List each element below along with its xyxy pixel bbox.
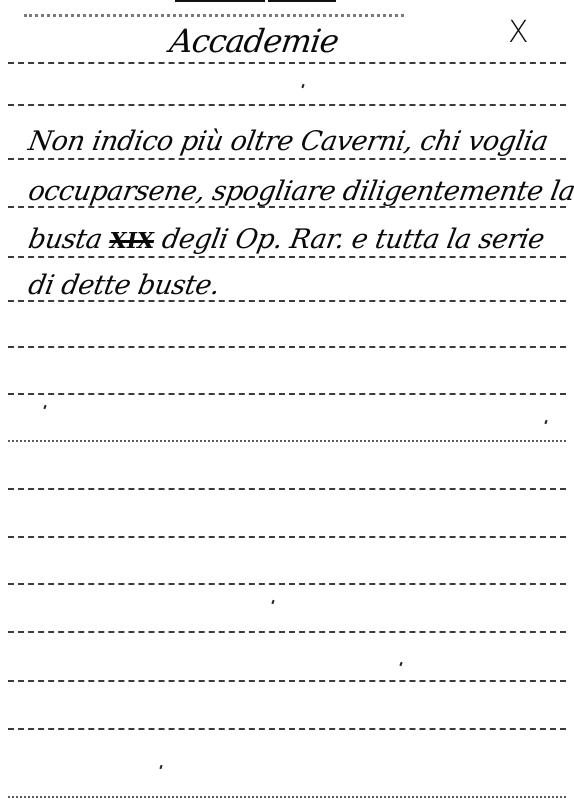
- scan-speck: [399, 662, 402, 666]
- ruled-line: [8, 796, 566, 798]
- handwritten-line-4: di dette buste.: [26, 270, 222, 301]
- ruled-line: [8, 583, 566, 585]
- ruled-line: [8, 536, 566, 538]
- scan-speck: [43, 405, 46, 409]
- ruled-line: [8, 440, 566, 442]
- handwritten-line-3: busta XIX degli Op. Rar. e tutta la seri…: [26, 224, 547, 255]
- ruled-line: [8, 346, 566, 348]
- line-3-suffix: degli Op. Rar. e tutta la serie: [152, 224, 547, 255]
- handwritten-line-2: occuparsene, spogliare diligentemente la: [26, 176, 574, 207]
- scan-edge-mark: [268, 0, 336, 2]
- card-heading: Accademie: [167, 22, 340, 60]
- ruled-line: [8, 680, 566, 682]
- ruled-line: [8, 62, 566, 64]
- scan-noise-dots: [24, 14, 404, 21]
- ruled-line: [8, 488, 566, 490]
- struck-roman-numeral: XIX: [107, 228, 156, 254]
- handwritten-line-1: Non indico più oltre Caverni, chi voglia: [26, 126, 550, 157]
- scan-speck: [159, 765, 162, 769]
- ruled-line: [8, 631, 566, 633]
- scan-speck: [544, 420, 547, 424]
- ruled-line: [8, 256, 566, 258]
- scan-edge-mark: [175, 0, 265, 2]
- line-3-prefix: busta: [26, 224, 113, 255]
- cross-mark-icon: X: [508, 18, 529, 48]
- scan-speck: [301, 84, 304, 88]
- ruled-line: [8, 158, 566, 160]
- archival-index-card: Accademie X Non indico più oltre Caverni…: [0, 0, 574, 800]
- ruled-line: [8, 104, 566, 106]
- ruled-line: [8, 728, 566, 730]
- scan-speck: [271, 600, 274, 604]
- ruled-line: [8, 393, 566, 395]
